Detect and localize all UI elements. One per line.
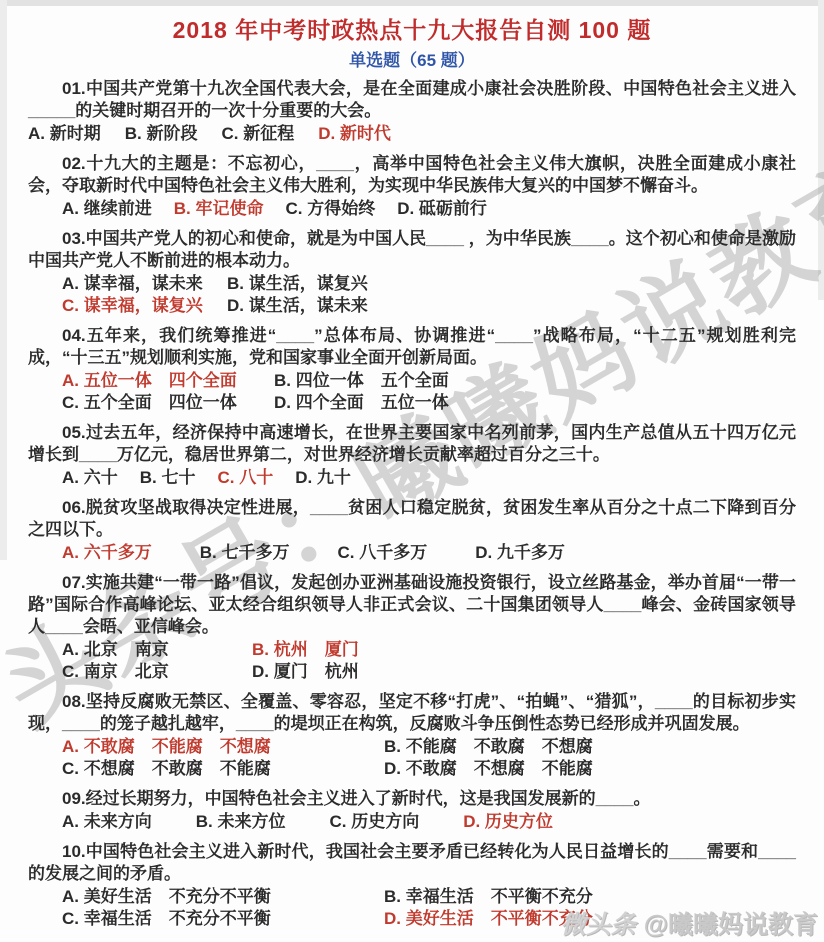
option-d: D. 谋生活，谋未来 xyxy=(227,295,796,317)
options-grid: A. 北京 南京 B. 杭州 厦门 C. 南京 北京 D. 厦门 杭州 xyxy=(28,639,796,683)
options-row: A. 六千多万 B. 七千多万 C. 八千多万 D. 九千多万 xyxy=(28,542,796,564)
option-c: C. 历史方向 xyxy=(329,811,419,833)
toutiao-logo: 微头条 xyxy=(561,911,636,939)
section-heading: 单选题（65 题） xyxy=(28,50,796,72)
question-06: 06.脱贫攻坚战取得决定性进展，____贫困人口稳定脱贫，贫困发生率从百分之十点… xyxy=(28,497,796,564)
option-a: A. 六十 xyxy=(62,467,118,489)
question-body: 中国共产党人的初心和使命，就是为中国人民____ ，为中华民族____。这个初心… xyxy=(28,229,796,270)
question-number: 08. xyxy=(62,692,86,711)
options-row: A. 继续前进 B. 牢记使命 C. 方得始终 D. 砥砺前行 xyxy=(28,198,796,220)
question-text: 10.中国特色社会主义进入新时代，我国社会主要矛盾已经转化为人民日益增长的___… xyxy=(28,841,796,885)
option-b: B. 幸福生活 不平衡不充分 xyxy=(384,886,796,908)
question-text: 06.脱贫攻坚战取得决定性进展，____贫困人口稳定脱贫，贫困发生率从百分之十点… xyxy=(28,497,796,541)
question-body: 脱贫攻坚战取得决定性进展，____贫困人口稳定脱贫，贫困发生率从百分之十点二下降… xyxy=(28,498,796,539)
option-c: C. 新征程 xyxy=(221,123,294,145)
question-08: 08.坚持反腐败无禁区、全覆盖、零容忍，坚定不移“打虎”、“拍蝇”、“猎狐”，_… xyxy=(28,691,796,780)
question-number: 01. xyxy=(62,79,86,98)
options-grid: A. 五位一体 四个全面 B. 四位一体 五个全面 C. 五个全面 四位一体 D… xyxy=(28,370,796,414)
option-b: B. 牢记使命 xyxy=(174,198,264,220)
question-text: 08.坚持反腐败无禁区、全覆盖、零容忍，坚定不移“打虎”、“拍蝇”、“猎狐”，_… xyxy=(28,691,796,735)
option-d: D. 新时代 xyxy=(318,123,391,145)
option-c: C. 八十 xyxy=(217,467,273,489)
question-number: 03. xyxy=(62,229,86,248)
options-row: A. 六十 B. 七十 C. 八十 D. 九十 xyxy=(28,467,796,489)
option-c: C. 五个全面 四位一体 xyxy=(62,392,274,414)
question-03: 03.中国共产党人的初心和使命，就是为中国人民____ ，为中华民族____。这… xyxy=(28,228,796,317)
option-b: B. 谋生活，谋复兴 xyxy=(227,273,796,295)
question-body: 十九大的主题是：不忘初心，____，高举中国特色社会主义伟大旗帜，决胜全面建成小… xyxy=(28,154,796,195)
question-number: 10. xyxy=(62,842,86,861)
question-body: 中国共产党第十九次全国代表大会，是在全面建成小康社会决胜阶段、中国特色社会主义进… xyxy=(28,79,796,120)
question-number: 02. xyxy=(62,154,86,173)
question-text: 05.过去五年，经济保持中高速增长，在世界主要国家中名列前茅，国内生产总值从五十… xyxy=(28,422,796,466)
option-c: C. 方得始终 xyxy=(285,198,375,220)
question-body: 坚持反腐败无禁区、全覆盖、零容忍，坚定不移“打虎”、“拍蝇”、“猎狐”，____… xyxy=(28,692,796,733)
option-d: D. 砥砺前行 xyxy=(397,198,487,220)
question-text: 03.中国共产党人的初心和使命，就是为中国人民____ ，为中华民族____。这… xyxy=(28,228,796,272)
question-number: 09. xyxy=(62,789,86,808)
question-text: 09.经过长期努力，中国特色社会主义进入了新时代，这是我国发展新的____。 xyxy=(28,788,796,810)
question-number: 04. xyxy=(62,326,86,345)
question-01: 01.中国共产党第十九次全国代表大会，是在全面建成小康社会决胜阶段、中国特色社会… xyxy=(28,78,796,145)
question-body: 实施共建“一带一路”倡议，发起创办亚洲基础设施投资银行，设立丝路基金，举办首届“… xyxy=(28,573,796,636)
question-body: 经过长期努力，中国特色社会主义进入了新时代，这是我国发展新的____。 xyxy=(86,789,651,808)
question-number: 05. xyxy=(62,423,86,442)
options-grid: A. 谋幸福，谋未来 B. 谋生活，谋复兴 C. 谋幸福，谋复兴 D. 谋生活，… xyxy=(28,273,796,317)
question-04: 04.五年来，我们统筹推进“____”总体布局、协调推进“____”战略布局，“… xyxy=(28,325,796,414)
option-a: A. 谋幸福，谋未来 xyxy=(62,273,227,295)
question-05: 05.过去五年，经济保持中高速增长，在世界主要国家中名列前茅，国内生产总值从五十… xyxy=(28,422,796,489)
option-d: D. 九千多万 xyxy=(475,542,565,564)
option-b: B. 杭州 厦门 xyxy=(252,639,796,661)
question-09: 09.经过长期努力，中国特色社会主义进入了新时代，这是我国发展新的____。 A… xyxy=(28,788,796,833)
question-text: 04.五年来，我们统筹推进“____”总体布局、协调推进“____”战略布局，“… xyxy=(28,325,796,369)
option-b: B. 七千多万 xyxy=(200,542,290,564)
option-d: D. 厦门 杭州 xyxy=(252,661,796,683)
option-a: A. 新时期 xyxy=(28,123,101,145)
question-text: 07.实施共建“一带一路”倡议，发起创办亚洲基础设施投资银行，设立丝路基金，举办… xyxy=(28,572,796,638)
option-a: A. 不敢腐 不能腐 不想腐 xyxy=(62,736,384,758)
watermark-handle: @曦曦妈说教育 xyxy=(644,911,818,939)
question-body: 过去五年，经济保持中高速增长，在世界主要国家中名列前茅，国内生产总值从五十四万亿… xyxy=(28,423,796,464)
option-c: C. 八千多万 xyxy=(337,542,427,564)
photo-edge-top xyxy=(0,0,824,6)
option-d: D. 四个全面 五位一体 xyxy=(274,392,796,414)
options-row: A. 新时期 B. 新阶段 C. 新征程 D. 新时代 xyxy=(28,123,796,145)
question-07: 07.实施共建“一带一路”倡议，发起创办亚洲基础设施投资银行，设立丝路基金，举办… xyxy=(28,572,796,683)
option-a: A. 北京 南京 xyxy=(62,639,252,661)
option-b: B. 七十 xyxy=(140,467,196,489)
photo-edge-left xyxy=(0,0,7,560)
question-number: 07. xyxy=(62,573,86,592)
option-b: B. 四位一体 五个全面 xyxy=(274,370,796,392)
question-text: 01.中国共产党第十九次全国代表大会，是在全面建成小康社会决胜阶段、中国特色社会… xyxy=(28,78,796,122)
question-02: 02.十九大的主题是：不忘初心，____，高举中国特色社会主义伟大旗帜，决胜全面… xyxy=(28,153,796,220)
option-d: D. 历史方位 xyxy=(463,811,553,833)
option-a: A. 五位一体 四个全面 xyxy=(62,370,274,392)
options-row: A. 未来方向 B. 未来方位 C. 历史方向 D. 历史方位 xyxy=(28,811,796,833)
question-text: 02.十九大的主题是：不忘初心，____，高举中国特色社会主义伟大旗帜，决胜全面… xyxy=(28,153,796,197)
option-a: A. 六千多万 xyxy=(62,542,152,564)
photo-edge-right xyxy=(818,0,824,300)
option-b: B. 新阶段 xyxy=(125,123,198,145)
option-c: C. 谋幸福，谋复兴 xyxy=(62,295,227,317)
option-a: A. 美好生活 不充分不平衡 xyxy=(62,886,384,908)
question-body: 五年来，我们统筹推进“____”总体布局、协调推进“____”战略布局，“十二五… xyxy=(28,326,796,367)
option-a: A. 未来方向 xyxy=(62,811,152,833)
question-body: 中国特色社会主义进入新时代，我国社会主要矛盾已经转化为人民日益增长的____需要… xyxy=(28,842,796,883)
quiz-page: 头条号：曦曦妈说教育 2018 年中考时政热点十九大报告自测 100 题 单选题… xyxy=(0,0,824,942)
option-d: D. 九十 xyxy=(295,467,351,489)
corner-watermark: 微头条@曦曦妈说教育 xyxy=(561,910,818,940)
question-number: 06. xyxy=(62,498,86,517)
option-b: B. 未来方位 xyxy=(196,811,286,833)
option-c: C. 南京 北京 xyxy=(62,661,252,683)
option-b: B. 不能腐 不敢腐 不想腐 xyxy=(384,736,796,758)
option-a: A. 继续前进 xyxy=(62,198,152,220)
option-c: C. 幸福生活 不充分不平衡 xyxy=(62,908,384,930)
options-grid: A. 不敢腐 不能腐 不想腐 B. 不能腐 不敢腐 不想腐 C. 不想腐 不敢腐… xyxy=(28,736,796,780)
option-c: C. 不想腐 不敢腐 不能腐 xyxy=(62,758,384,780)
option-d: D. 不敢腐 不想腐 不能腐 xyxy=(384,758,796,780)
page-title: 2018 年中考时政热点十九大报告自测 100 题 xyxy=(28,16,796,44)
